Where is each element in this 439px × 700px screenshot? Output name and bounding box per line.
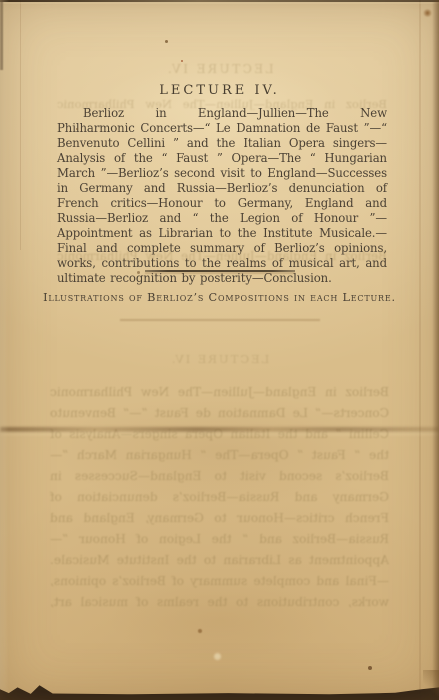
bleedthrough-ghost-rule (120, 319, 320, 321)
paper-streak (20, 0, 21, 250)
paper-light-spot (214, 653, 221, 660)
illustrations-note: Illustrations of Berlioz’s Compositions … (30, 291, 409, 304)
foxing-speck (198, 629, 202, 633)
lecture-synopsis: Berlioz in England—Jullien—The New Philh… (57, 106, 387, 286)
aged-paper-page: LECTURE IV. LECTURE IV. Berlioz in Engla… (0, 0, 439, 700)
paper-corner-crease (423, 670, 439, 696)
fold-crease-highlight (0, 432, 439, 435)
ghost-text-fragment: Berlioz in England—Jullien—The New Philh… (50, 385, 389, 614)
bleedthrough-ghost-paragraph: Berlioz in England—Jullien—The New Philh… (50, 382, 389, 614)
paper-stain-blotch (60, 560, 380, 680)
foxing-speck (165, 40, 168, 43)
paper-edge-bottom (0, 682, 439, 700)
paper-streak (419, 0, 421, 700)
paper-stain-blotch (0, 370, 439, 530)
paper-edge-top (0, 0, 439, 2)
foxing-stain (423, 9, 432, 17)
paper-edge-right (432, 0, 439, 700)
section-divider-rule (145, 270, 295, 272)
bleedthrough-ghost-heading: LECTURE IV. (0, 62, 439, 76)
lecture-heading: LECTURE IV. (0, 83, 439, 98)
foxing-speck (368, 666, 372, 670)
paper-edge-left-highlight (0, 0, 9, 700)
foxing-speck (181, 60, 183, 62)
paper-edge-left-shadow (0, 0, 3, 70)
paper-edge-top-highlight (0, 2, 439, 4)
bleedthrough-ghost-heading: LECTURE IV. (0, 352, 439, 366)
